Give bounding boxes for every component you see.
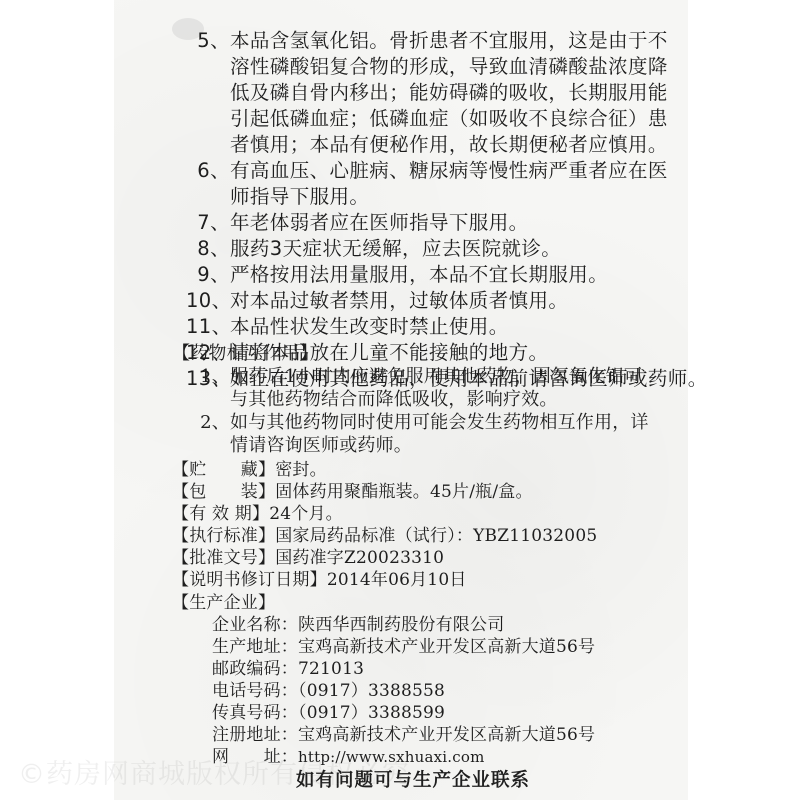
precaution-item-9: 9、严格按用法用量服用，本品不宜长期服用。 (196, 259, 608, 287)
item-text-continued: 低及磷自骨内移出；能妨碍磷的吸收，长期服用能 (230, 77, 668, 105)
item-number: 9、 (196, 259, 230, 287)
item-number: 6、 (196, 155, 230, 183)
item-text-continued: 师指导下服用。 (230, 181, 369, 209)
item-text: 严格按用法用量服用，本品不宜长期服用。 (230, 263, 608, 286)
item-text: 有高血压、心脏病、糖尿病等慢性病严重者应在医 (230, 159, 668, 182)
item-number: 11、 (186, 311, 230, 339)
item-number: 1、 (196, 362, 230, 388)
item-number: 8、 (196, 233, 230, 261)
item-text: 本品含氢氧化铝。骨折患者不宜服用，这是由于不 (230, 29, 668, 52)
item-text-continued: 溶性磷酸铝复合物的形成，导致血清磷酸盐浓度降 (230, 51, 668, 79)
precaution-item-8: 8、服药3天症状无缓解，应去医院就诊。 (196, 233, 561, 261)
precaution-item-7: 7、年老体弱者应在医师指导下服用。 (196, 207, 529, 235)
item-number: 5、 (196, 25, 230, 53)
item-text-continued: 引起低磷血症；低磷血症（如吸收不良综合征）患 (230, 103, 668, 131)
precaution-item-11: 11、本品性状发生改变时禁止使用。 (186, 311, 509, 339)
precaution-item-6: 6、有高血压、心脏病、糖尿病等慢性病严重者应在医 (196, 155, 668, 183)
precaution-item-5: 5、本品含氢氧化铝。骨折患者不宜服用，这是由于不 (196, 25, 668, 53)
field-label: 【说明书修订日期】 (172, 565, 327, 590)
item-text: 服药后1小时内应避免服用其他药物，因氢氧化铝可 (230, 366, 642, 387)
field-revision-date: 【说明书修订日期】2014年06月10日 (172, 565, 467, 590)
item-text: 对本品过敏者禁用，过敏体质者慎用。 (230, 289, 568, 312)
item-text: 如与其他药物同时使用可能会发生药物相互作用，详 (230, 412, 649, 433)
item-text: 年老体弱者应在医师指导下服用。 (230, 211, 529, 234)
copyright-watermark: ©药房网商城版权所有侵权必究 (18, 752, 410, 791)
item-number: 7、 (196, 207, 230, 235)
item-number: 10、 (186, 285, 230, 313)
item-text-continued: 者慎用；本品有便秘作用，故长期便秘者应慎用。 (230, 129, 668, 157)
item-number: 2、 (196, 408, 230, 434)
item-text: 服药3天症状无缓解，应去医院就诊。 (230, 237, 561, 260)
field-value: 2014年06月10日 (327, 570, 467, 590)
item-text-continued: 情请咨询医师或药师。 (230, 431, 412, 457)
item-text: 本品性状发生改变时禁止使用。 (230, 315, 509, 338)
precaution-item-10: 10、对本品过敏者禁用，过敏体质者慎用。 (186, 285, 568, 313)
